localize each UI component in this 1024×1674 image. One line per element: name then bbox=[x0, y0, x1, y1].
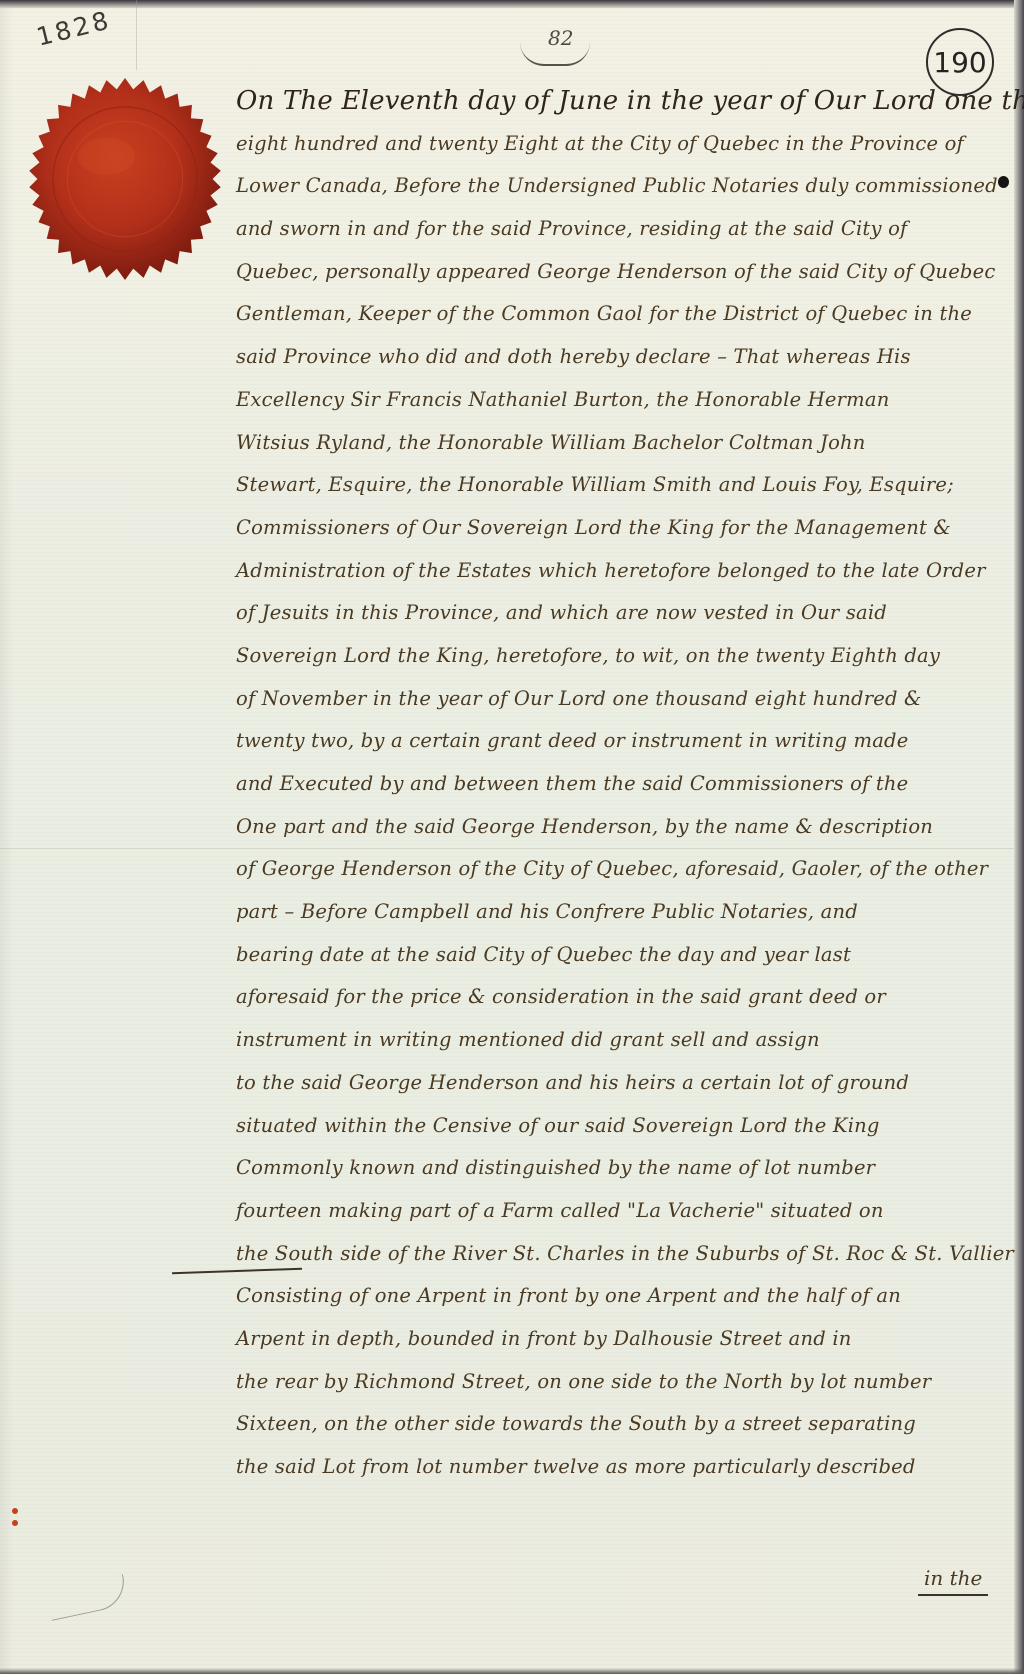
text-line: the South side of the River St. Charles … bbox=[236, 1233, 1008, 1276]
year-annotation: 1828 bbox=[34, 5, 114, 51]
deed-text: On The Eleventh day of June in the year … bbox=[236, 80, 1008, 1489]
text-line: Commonly known and distinguished by the … bbox=[236, 1147, 1008, 1190]
text-line: situated within the Censive of our said … bbox=[236, 1105, 1008, 1148]
text-line: One part and the said George Henderson, … bbox=[236, 806, 1008, 849]
wax-seal-icon bbox=[22, 76, 228, 282]
text-line: Administration of the Estates which here… bbox=[236, 550, 1008, 593]
pencil-mark bbox=[46, 1574, 130, 1621]
scan-top-edge bbox=[0, 0, 1024, 8]
text-line: fourteen making part of a Farm called "L… bbox=[236, 1190, 1008, 1233]
manuscript-page: 1828 82 190 On The Eleventh day of June … bbox=[0, 0, 1024, 1674]
text-line: Lower Canada, Before the Undersigned Pub… bbox=[236, 165, 1008, 208]
text-line: Consisting of one Arpent in front by one… bbox=[236, 1275, 1008, 1318]
catchword: in the bbox=[918, 1566, 988, 1596]
text-line: bearing date at the said City of Quebec … bbox=[236, 934, 1008, 977]
text-line: Stewart, Esquire, the Honorable William … bbox=[236, 464, 1008, 507]
paper-fold-vertical bbox=[136, 0, 137, 70]
text-line: of Jesuits in this Province, and which a… bbox=[236, 592, 1008, 635]
text-line: and sworn in and for the said Province, … bbox=[236, 208, 1008, 251]
text-line: Sixteen, on the other side towards the S… bbox=[236, 1403, 1008, 1446]
wax-specks bbox=[12, 1508, 18, 1532]
text-line: Arpent in depth, bounded in front by Dal… bbox=[236, 1318, 1008, 1361]
text-line: Excellency Sir Francis Nathaniel Burton,… bbox=[236, 379, 1008, 422]
text-line: twenty two, by a certain grant deed or i… bbox=[236, 720, 1008, 763]
text-line: Commissioners of Our Sovereign Lord the … bbox=[236, 507, 1008, 550]
text-line: part – Before Campbell and his Confrere … bbox=[236, 891, 1008, 934]
text-line: Gentleman, Keeper of the Common Gaol for… bbox=[236, 293, 1008, 336]
text-line: said Province who did and doth hereby de… bbox=[236, 336, 1008, 379]
text-line: of George Henderson of the City of Quebe… bbox=[236, 848, 1008, 891]
text-line: the rear by Richmond Street, on one side… bbox=[236, 1361, 1008, 1404]
text-line: On The Eleventh day of June in the year … bbox=[236, 80, 1008, 123]
page-number-text: 190 bbox=[933, 46, 986, 79]
text-line: of November in the year of Our Lord one … bbox=[236, 678, 1008, 721]
text-line: eight hundred and twenty Eight at the Ci… bbox=[236, 123, 1008, 166]
scan-right-edge bbox=[1014, 0, 1024, 1674]
folio-flourish bbox=[520, 42, 590, 66]
text-line: instrument in writing mentioned did gran… bbox=[236, 1019, 1008, 1062]
text-line: Quebec, personally appeared George Hende… bbox=[236, 251, 1008, 294]
text-line: Witsius Ryland, the Honorable William Ba… bbox=[236, 422, 1008, 465]
text-line: the said Lot from lot number twelve as m… bbox=[236, 1446, 1008, 1489]
text-line: Sovereign Lord the King, heretofore, to … bbox=[236, 635, 1008, 678]
text-line: to the said George Henderson and his hei… bbox=[236, 1062, 1008, 1105]
text-line: and Executed by and between them the sai… bbox=[236, 763, 1008, 806]
text-line: aforesaid for the price & consideration … bbox=[236, 976, 1008, 1019]
scan-bottom-edge bbox=[0, 1668, 1024, 1674]
